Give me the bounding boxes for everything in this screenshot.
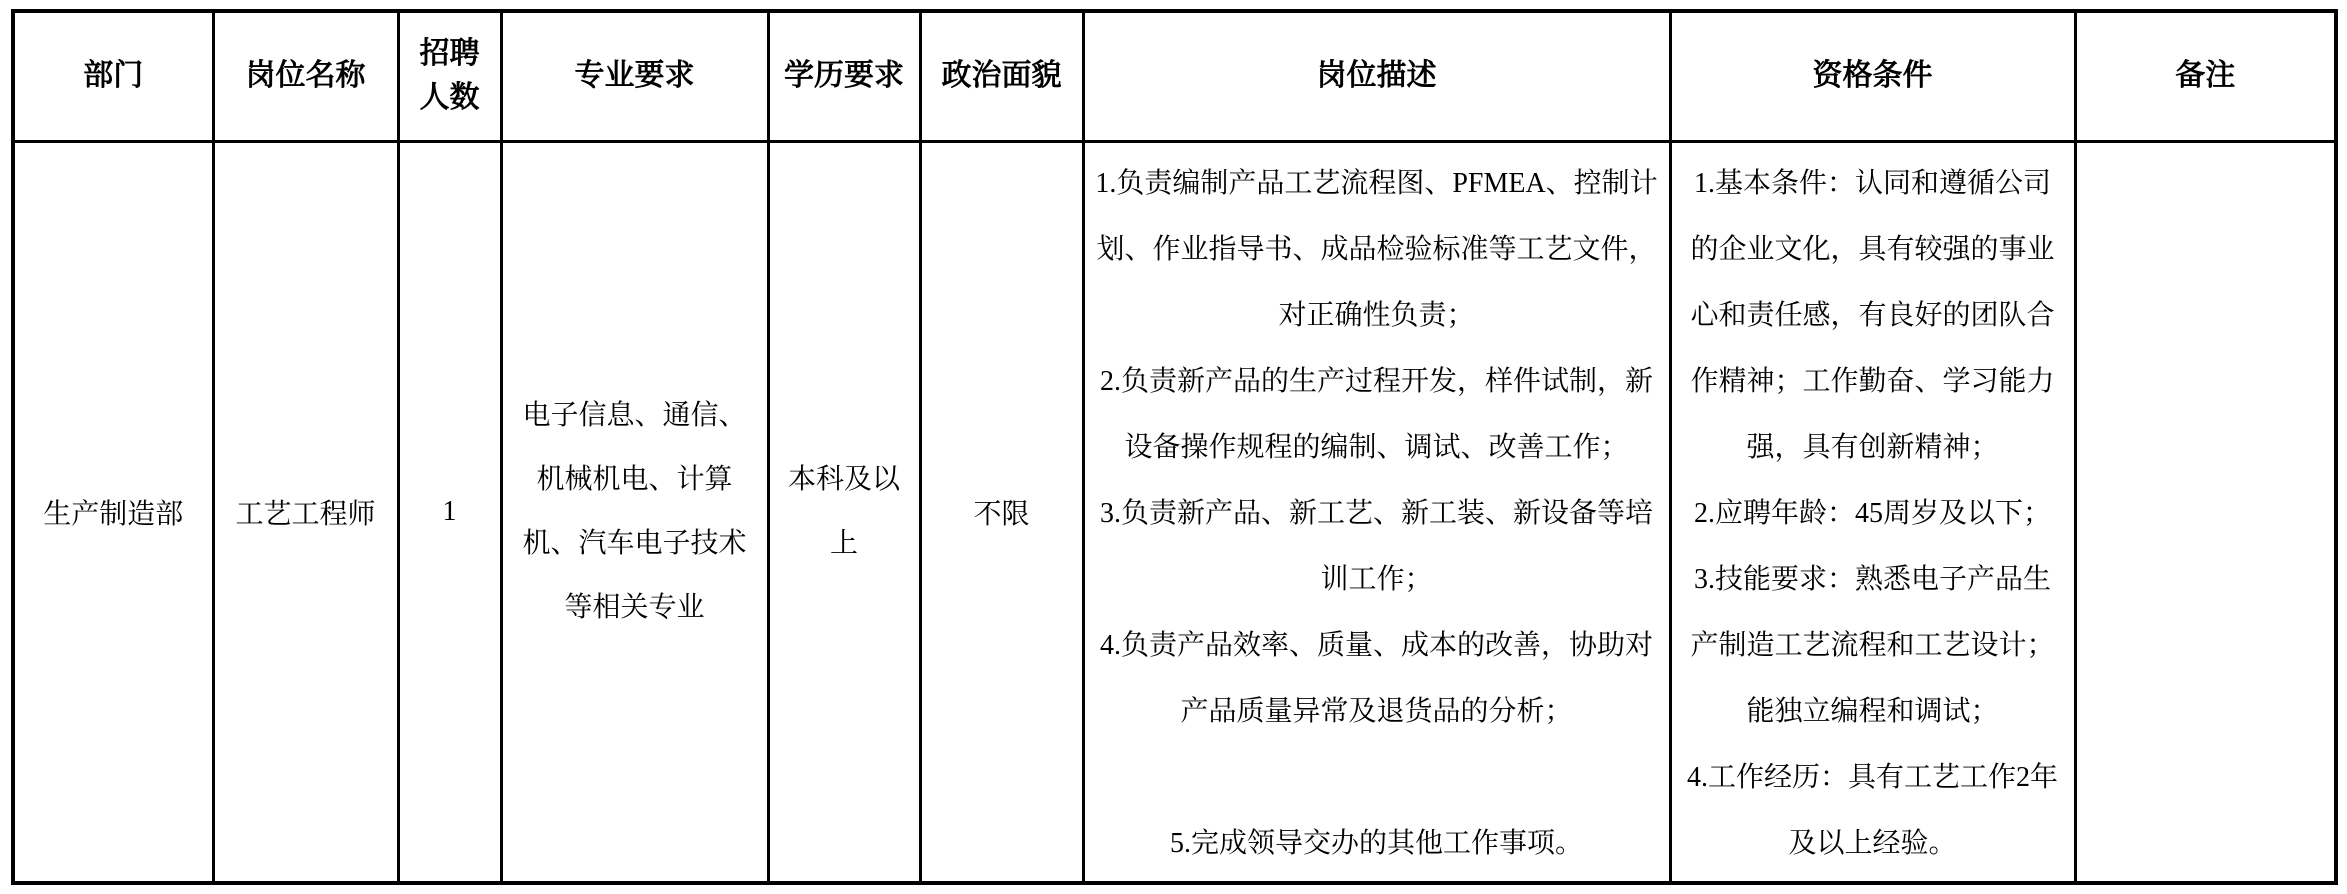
text-line: 3.负责新产品、新工艺、新工装、新设备等培 [1093, 481, 1661, 547]
text-line: 机械机电、计算 [511, 448, 759, 512]
text-line: 2.负责新产品的生产过程开发，样件试制，新 [1093, 349, 1661, 415]
text-line: 及以上经验。 [1680, 811, 2066, 877]
text-line: 等相关专业 [511, 576, 759, 640]
header-education-requirement: 学历要求 [768, 11, 920, 141]
text-line: 设备操作规程的编制、调试、改善工作； [1093, 415, 1661, 481]
cell-qualifications: 1.基本条件：认同和遵循公司的企业文化，具有较强的事业心和责任感，有良好的团队合… [1670, 141, 2075, 883]
table-header-row: 部门 岗位名称 招聘人数 专业要求 学历要求 政治面貌 岗位描述 资格条件 备注 [13, 11, 2336, 141]
text-line: 对正确性负责； [1093, 283, 1661, 349]
header-political-status: 政治面貌 [920, 11, 1083, 141]
text-line: 产制造工艺流程和工艺设计； [1680, 613, 2066, 679]
text-line: 3.技能要求：熟悉电子产品生 [1680, 547, 2066, 613]
text-line: 机、汽车电子技术 [511, 512, 759, 576]
header-qualifications: 资格条件 [1670, 11, 2075, 141]
text-line: 能独立编程和调试； [1680, 679, 2066, 745]
header-remarks: 备注 [2075, 11, 2336, 141]
text-line: 2.应聘年龄：45周岁及以下； [1680, 481, 2066, 547]
text-line: 1.负责编制产品工艺流程图、PFMEA、控制计 [1093, 151, 1661, 217]
cell-major-requirements: 电子信息、通信、机械机电、计算机、汽车电子技术等相关专业 [501, 141, 768, 883]
text-line: 产品质量异常及退货品的分析； [1093, 679, 1661, 745]
header-job-description: 岗位描述 [1083, 11, 1670, 141]
cell-department: 生产制造部 [13, 141, 213, 883]
text-line: 划、作业指导书、成品检验标准等工艺文件， [1093, 217, 1661, 283]
header-headcount: 招聘人数 [398, 11, 501, 141]
cell-job-description: 1.负责编制产品工艺流程图、PFMEA、控制计划、作业指导书、成品检验标准等工艺… [1083, 141, 1670, 883]
table-data-row: 生产制造部 工艺工程师 1 电子信息、通信、机械机电、计算机、汽车电子技术等相关… [13, 141, 2336, 883]
cell-political-status: 不限 [920, 141, 1083, 883]
cell-education-requirement: 本科及以上 [768, 141, 920, 883]
text-line [1093, 745, 1661, 811]
text-line: 训工作； [1093, 547, 1661, 613]
text-line: 1.基本条件：认同和遵循公司 [1680, 151, 2066, 217]
cell-remarks [2075, 141, 2336, 883]
text-line: 5.完成领导交办的其他工作事项。 [1093, 811, 1661, 877]
text-line: 4.工作经历：具有工艺工作2年 [1680, 745, 2066, 811]
text-line: 强，具有创新精神； [1680, 415, 2066, 481]
cell-position-name: 工艺工程师 [213, 141, 398, 883]
text-line: 电子信息、通信、 [511, 384, 759, 448]
header-department: 部门 [13, 11, 213, 141]
text-line: 心和责任感，有良好的团队合 [1680, 283, 2066, 349]
header-position-name: 岗位名称 [213, 11, 398, 141]
document-page: 部门 岗位名称 招聘人数 专业要求 学历要求 政治面貌 岗位描述 资格条件 备注… [0, 0, 2347, 894]
text-line: 作精神；工作勤奋、学习能力 [1680, 349, 2066, 415]
recruitment-table: 部门 岗位名称 招聘人数 专业要求 学历要求 政治面貌 岗位描述 资格条件 备注… [11, 9, 2338, 885]
text-line: 的企业文化，具有较强的事业 [1680, 217, 2066, 283]
cell-headcount: 1 [398, 141, 501, 883]
text-line: 4.负责产品效率、质量、成本的改善，协助对 [1093, 613, 1661, 679]
header-major-requirements: 专业要求 [501, 11, 768, 141]
